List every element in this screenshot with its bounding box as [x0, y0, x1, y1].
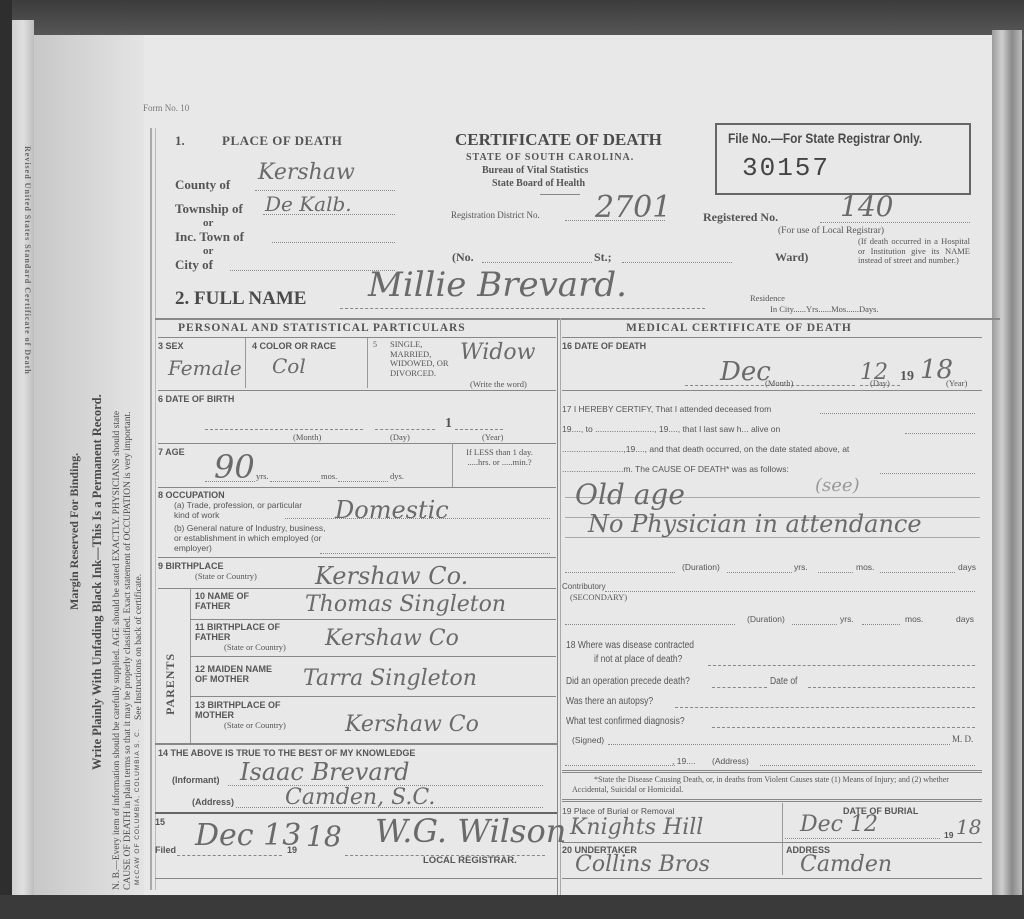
duration2-days: days — [956, 614, 974, 624]
burial-place-value[interactable]: Knights Hill — [570, 815, 703, 840]
occupation-a-label: (a) Trade, profession, or particular kin… — [174, 500, 304, 520]
registrar-label: LOCAL REGISTRAR. — [423, 855, 517, 866]
dod-day-caption: (Day) — [870, 378, 890, 388]
registered-value[interactable]: 140 — [840, 190, 893, 223]
ink-note: Write Plainly With Unfading Black Ink—Th… — [90, 250, 105, 770]
burial-year-prefix: 19 — [944, 830, 953, 840]
certificate-title: CERTIFICATE OF DEATH — [455, 130, 662, 150]
parents-label: PARENTS — [163, 625, 178, 715]
section1-number: 1. — [175, 133, 185, 149]
dob-day-caption: (Day) — [390, 432, 410, 442]
row-rule-7 — [190, 656, 556, 657]
burial-date-line — [785, 838, 940, 839]
dob-year-caption: (Year) — [482, 432, 503, 442]
q-date-of-label: Date of — [770, 676, 797, 687]
undertaker-address-value[interactable]: Camden — [800, 852, 892, 877]
sex-value[interactable]: Female — [168, 356, 242, 380]
q-operation-line — [712, 687, 767, 688]
residence-label: Residence — [750, 293, 785, 303]
q-autopsy-label: Was there an autopsy? — [566, 696, 653, 707]
medical-heading: MEDICAL CERTIFICATE OF DEATH — [626, 322, 852, 334]
file-number-value[interactable]: 30157 — [742, 153, 830, 183]
duration2-pre-line — [565, 624, 735, 625]
dod-year-caption: (Year) — [946, 378, 967, 388]
address-value[interactable]: Camden, S.C. — [285, 785, 435, 810]
race-label: 4 COLOR OR RACE — [252, 341, 336, 351]
filed-date-line — [177, 855, 282, 856]
cause-primary[interactable]: Old age — [575, 478, 685, 511]
md-label: M. D. — [952, 734, 973, 744]
certify-line1-fill — [820, 413, 975, 414]
row-rule-5 — [158, 588, 556, 589]
medical-heading-rule — [562, 337, 982, 338]
filed-date-value[interactable]: Dec 13 — [195, 818, 301, 853]
personal-heading: PERSONAL AND STATISTICAL PARTICULARS — [178, 322, 466, 334]
marital-label: SINGLE, MARRIED, WIDOWED, OR DIVORCED. — [390, 340, 460, 378]
q18-line2: if not at place of death? — [594, 654, 682, 665]
dod-month-value[interactable]: Dec — [720, 357, 771, 387]
township-label: Township of — [175, 201, 243, 217]
age-label: 7 AGE — [158, 447, 185, 457]
father-label: 10 NAME OF FATHER — [195, 591, 275, 611]
dod-label: 16 DATE OF DEATH — [562, 341, 646, 351]
sig-address-label: (Address) — [712, 756, 749, 766]
row-rule-1 — [158, 390, 556, 391]
age-divider — [452, 443, 453, 487]
state-name: STATE OF SOUTH CAROLINA. — [466, 152, 634, 163]
informant-label: (Informant) — [172, 775, 220, 785]
duration1-pre-line — [565, 572, 675, 573]
dob-label: 6 DATE OF BIRTH — [158, 394, 234, 404]
local-registrar-note: (For use of Local Registrar) — [778, 226, 884, 236]
filed-year-prefix: 19 — [287, 845, 297, 855]
row-rule-8 — [190, 696, 556, 697]
q-operation-label: Did an operation precede death? — [566, 676, 690, 687]
mother-birthplace-label: 13 BIRTHPLACE OF MOTHER — [195, 700, 295, 720]
age-yrs-label: yrs. — [256, 471, 269, 481]
mother-value[interactable]: Tarra Singleton — [303, 666, 477, 691]
certify-line3: ..........................,19...., and t… — [562, 444, 849, 454]
row-rule-6 — [190, 619, 556, 620]
duration1-label: (Duration) — [682, 562, 720, 572]
filed-year-value[interactable]: 18 — [306, 820, 342, 853]
ward-line — [622, 262, 732, 263]
duration1-mos-line — [818, 572, 853, 573]
certify-line2-fill — [905, 433, 975, 434]
sex-label: 3 SEX — [158, 341, 184, 351]
signed-line — [608, 744, 950, 745]
page-edge — [992, 30, 1022, 900]
father-value[interactable]: Thomas Singleton — [305, 592, 506, 617]
q-test-label: What test confirmed diagnosis? — [566, 716, 685, 727]
birthplace-label: 9 BIRTHPLACE — [158, 561, 224, 571]
footnote-rule-bottom-2 — [562, 801, 982, 802]
title-rule — [540, 194, 580, 195]
race-value[interactable]: Col — [272, 354, 306, 378]
occupation-value[interactable]: Domestic — [335, 496, 449, 524]
contributory-label: Contributory — [562, 582, 606, 591]
cause-annotation: (see) — [815, 475, 860, 496]
parents-divider — [190, 588, 191, 743]
address-label: (Address) — [192, 797, 234, 807]
marital-value[interactable]: Widow — [460, 340, 535, 365]
duration1-days: days — [958, 562, 976, 572]
duration2-label: (Duration) — [747, 614, 785, 624]
bottom-rule-left — [155, 878, 557, 879]
certify-line2: 19...., to ........................., 19… — [562, 424, 780, 434]
hospital-note: (If death occurred in a Hospital or Inst… — [858, 237, 970, 266]
q18-line — [708, 665, 975, 666]
street-no-label: (No. — [452, 250, 474, 265]
nb-note-line2: CAUSE OF DEATH in plain terms so that it… — [123, 150, 133, 890]
age-mos-line — [270, 481, 320, 482]
footnote-rule-top-2 — [562, 772, 982, 773]
dob-year-line — [455, 429, 503, 430]
footnote-rule-bottom — [562, 799, 982, 800]
filed-label: Filed — [155, 845, 176, 855]
occupation-label: 8 OCCUPATION — [158, 490, 225, 500]
street-no-line — [482, 262, 592, 263]
scan-left-border — [0, 0, 12, 919]
dob-year-prefix: 1 — [445, 416, 452, 432]
race-divider — [367, 338, 368, 388]
marital-num: 5 — [373, 340, 377, 349]
duration1-mos: mos. — [856, 562, 874, 572]
age-mos-label: mos. — [321, 471, 337, 481]
certify-line4: ..........................m. The CAUSE O… — [562, 464, 789, 474]
full-name-line — [340, 308, 705, 309]
duration2-yrs-line — [792, 624, 837, 625]
duration2-yrs: yrs. — [840, 614, 854, 624]
spine-label: Revised United States Standard Certifica… — [14, 90, 32, 430]
form-number: Form No. 10 — [143, 103, 189, 113]
printer-note: McCAW OF COLUMBIA, COLUMBIA S. C. — [134, 725, 141, 885]
or-label-1: or — [203, 217, 213, 229]
father-birthplace-value[interactable]: Kershaw Co — [325, 626, 459, 651]
filed-num: 15 — [155, 817, 165, 827]
father-birthplace-sub: (State or Country) — [224, 642, 286, 652]
ward-label: Ward) — [775, 250, 808, 265]
sig-date-line — [565, 765, 675, 766]
dod-month-caption: (Month) — [765, 378, 793, 388]
informant-heading: 14 THE ABOVE IS TRUE TO THE BEST OF MY K… — [158, 748, 415, 758]
bottom-rule-right — [562, 878, 982, 879]
or-label-2: or — [203, 245, 213, 257]
row-rule-4 — [158, 557, 556, 558]
reg-district-value[interactable]: 2701 — [595, 190, 671, 225]
q-autopsy-line — [675, 707, 975, 708]
registrar-signature[interactable]: W.G. Wilson — [375, 812, 566, 850]
sig-year: , 19.... — [672, 756, 696, 766]
occupation-b-line — [320, 553, 550, 554]
personal-heading-rule — [158, 337, 556, 338]
board-name: State Board of Health — [492, 178, 585, 189]
burial-rule — [562, 842, 982, 843]
nb-note-line1: N. B.—Every item of information should b… — [112, 150, 122, 890]
center-divider — [557, 318, 558, 895]
frame-left-line-inner — [155, 128, 156, 890]
age-yrs-line — [205, 481, 255, 482]
signed-label: (Signed) — [572, 735, 604, 745]
age-dys-line — [338, 481, 388, 482]
place-of-death-heading: PLACE OF DEATH — [222, 133, 342, 149]
sig-address-line — [760, 765, 975, 766]
duration2-mos-line — [862, 624, 900, 625]
reg-district-label: Registration District No. — [451, 210, 540, 220]
full-name-value[interactable]: Millie Brevard. — [368, 265, 627, 305]
frame-left-line — [150, 128, 152, 890]
binding-note: Margin Reserved For Binding. — [67, 300, 82, 610]
q-date-of-line — [808, 687, 975, 688]
less-than-day-note: If LESS than 1 day. .....hrs. or .....mi… — [462, 447, 537, 467]
center-divider-inner — [560, 318, 561, 895]
row-rule-3 — [158, 487, 556, 488]
secondary-label: (SECONDARY) — [570, 592, 627, 602]
county-value[interactable]: Kershaw — [258, 160, 355, 185]
mother-birthplace-sub: (State or Country) — [224, 720, 286, 730]
contributory-line — [605, 591, 975, 592]
township-value[interactable]: De Kalb. — [265, 192, 352, 216]
occupation-b-label: (b) General nature of Industry, business… — [174, 523, 334, 553]
county-label: County of — [175, 177, 230, 193]
marital-note: (Write the word) — [470, 379, 527, 389]
birthplace-sub: (State or Country) — [195, 571, 257, 581]
header-rule — [155, 318, 1000, 320]
sex-divider — [245, 338, 246, 388]
cause-secondary-note[interactable]: No Physician in attendance — [588, 510, 922, 538]
burial-year-value[interactable]: 18 — [956, 815, 981, 839]
certify-line1: 17 I HEREBY CERTIFY, That I attended dec… — [562, 404, 771, 414]
registered-label: Registered No. — [703, 210, 778, 225]
town-label: Inc. Town of — [175, 229, 244, 245]
full-name-label: 2. FULL NAME — [175, 288, 306, 310]
q-test-line — [712, 727, 975, 728]
file-number-label: File No.—For State Registrar Only. — [728, 130, 922, 146]
row-rule-2 — [158, 443, 556, 444]
dob-day-line — [375, 429, 435, 430]
birthplace-value[interactable]: Kershaw Co. — [315, 562, 468, 590]
age-dys-label: dys. — [390, 471, 404, 481]
duration1-days-line — [880, 572, 955, 573]
town-line — [272, 242, 395, 243]
nb-note-line3: See Instructions on back of certificate. — [134, 520, 144, 720]
county-line — [255, 190, 395, 191]
dob-month-caption: (Month) — [293, 432, 321, 442]
mother-birthplace-value[interactable]: Kershaw Co — [345, 712, 479, 737]
q18-line1: 18 Where was disease contracted — [566, 640, 694, 651]
footnote-rule-top — [562, 770, 982, 771]
row-rule-9 — [155, 743, 557, 745]
informant-value[interactable]: Isaac Brevard — [240, 758, 410, 786]
scan-top-border — [0, 0, 1024, 40]
dob-month-line — [205, 429, 363, 430]
duration1-yrs: yrs. — [794, 562, 808, 572]
burial-divider — [782, 803, 783, 875]
bureau-name: Bureau of Vital Statistics — [482, 165, 588, 176]
burial-date-value[interactable]: Dec 12 — [800, 812, 878, 837]
dod-year-prefix: 19 — [900, 369, 914, 385]
duration1-yrs-line — [727, 572, 792, 573]
father-birthplace-label: 11 BIRTHPLACE OF FATHER — [195, 622, 295, 642]
scan-bottom-border — [0, 895, 1024, 919]
cause-footnote: *State the Disease Causing Death, or, in… — [572, 775, 972, 795]
residence-fields: In City......Yrs......Mos......Days. — [770, 304, 879, 314]
city-label: City of — [175, 257, 213, 273]
undertaker-value[interactable]: Collins Bros — [575, 852, 710, 877]
dod-rule — [562, 390, 982, 391]
mother-label: 12 MAIDEN NAME OF MOTHER — [195, 664, 285, 684]
street-label: St.; — [594, 250, 612, 265]
certify-line4-fill — [880, 473, 975, 474]
duration2-mos: mos. — [905, 614, 923, 624]
